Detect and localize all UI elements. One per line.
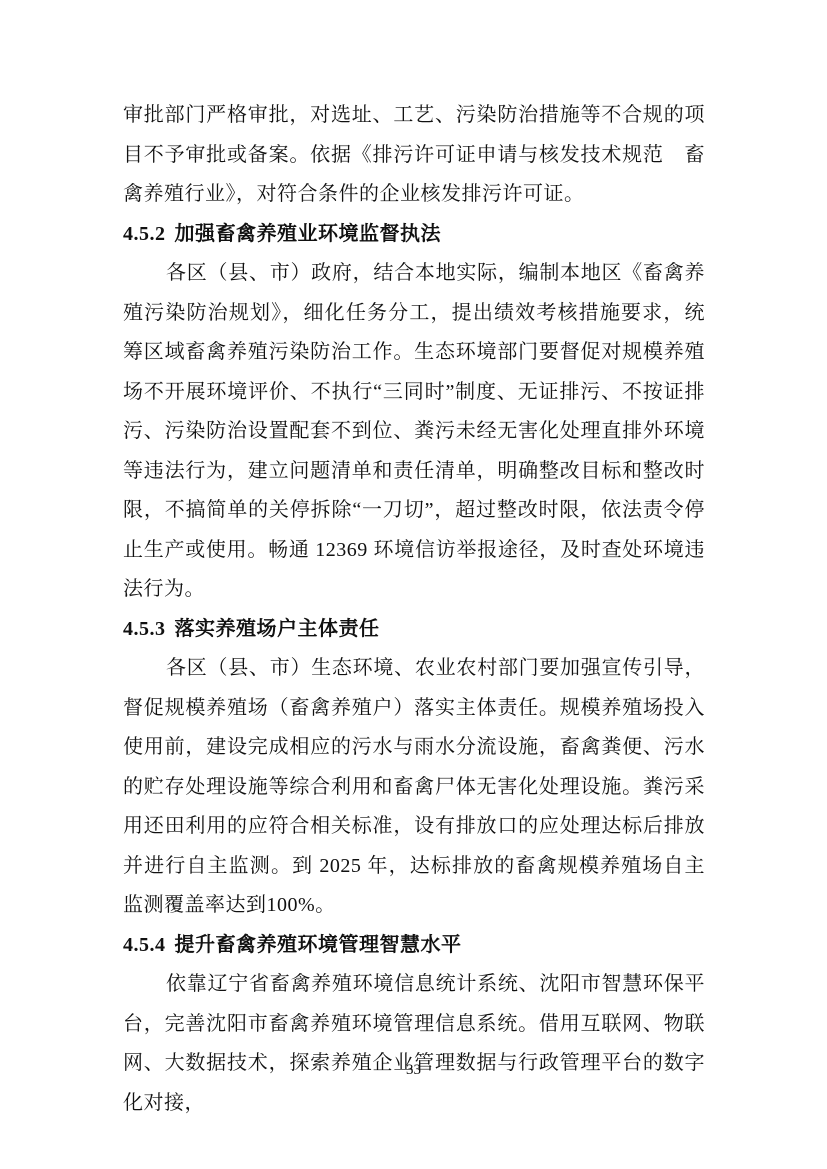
section-title: 提升畜禽养殖环境管理智慧水平 bbox=[175, 934, 462, 956]
section-heading-4-5-2: 4.5.2加强畜禽养殖业环境监督执法 bbox=[123, 215, 705, 255]
section-number: 4.5.3 bbox=[123, 618, 166, 640]
section-body-4-5-3: 各区（县、市）生态环境、农业农村部门要加强宣传引导，督促规模养殖场（畜禽养殖户）… bbox=[123, 649, 705, 926]
section-heading-4-5-4: 4.5.4提升畜禽养殖环境管理智慧水平 bbox=[123, 926, 705, 966]
section-title: 加强畜禽养殖业环境监督执法 bbox=[175, 223, 442, 245]
section-heading-4-5-3: 4.5.3落实养殖场户主体责任 bbox=[123, 610, 705, 650]
section-number: 4.5.4 bbox=[123, 934, 166, 956]
intro-paragraph: 审批部门严格审批，对选址、工艺、污染防治措施等不合规的项目不予审批或备案。依据《… bbox=[123, 96, 705, 215]
page-number: 33 bbox=[0, 1062, 827, 1079]
section-title: 落实养殖场户主体责任 bbox=[175, 618, 380, 640]
section-body-4-5-4: 依靠辽宁省畜禽养殖环境信息统计系统、沈阳市智慧环保平台，完善沈阳市畜禽养殖环境管… bbox=[123, 965, 705, 1123]
document-page: 审批部门严格审批，对选址、工艺、污染防治措施等不合规的项目不予审批或备案。依据《… bbox=[0, 0, 827, 1169]
section-body-4-5-2: 各区（县、市）政府，结合本地实际，编制本地区《畜禽养殖污染防治规划》，细化任务分… bbox=[123, 254, 705, 610]
section-number: 4.5.2 bbox=[123, 223, 166, 245]
